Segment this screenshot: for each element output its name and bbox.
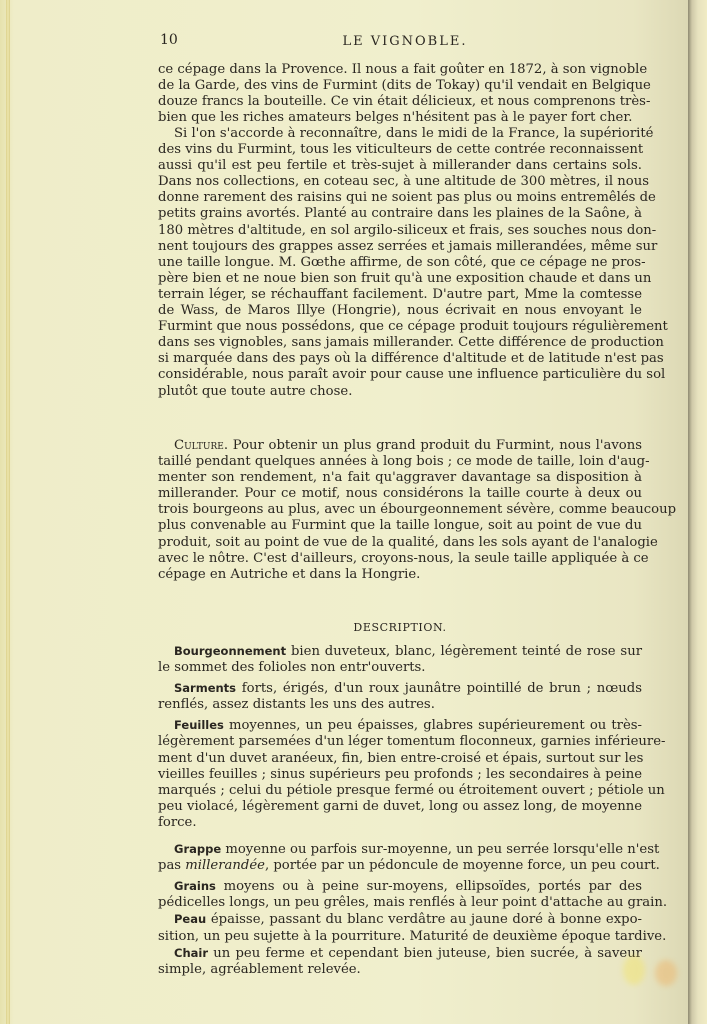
text-fragment: Pour obtenir un plus grand produit du Fu… xyxy=(233,438,642,453)
text-line: menter son rendement, n'a fait qu'aggrav… xyxy=(158,470,642,486)
entry-term: Grappe xyxy=(174,842,221,856)
text-line: renflés, assez distants les uns des autr… xyxy=(158,697,642,713)
description-entry: Grains moyens ou à peine sur-moyens, ell… xyxy=(158,878,642,911)
description-entry: Sarments forts, érigés, d'un roux jaunât… xyxy=(158,680,642,713)
culture-paragraph: Culture. Pour obtenir un plus grand prod… xyxy=(158,438,642,583)
text-line: légèrement parsemées d'un léger tomentum… xyxy=(158,734,642,750)
text-line: Bourgeonnement bien duveteux, blanc, lég… xyxy=(158,643,642,660)
text-line: une taille longue. M. Gœthe affirme, de … xyxy=(158,255,642,271)
text-line: de Wass, de Maros Illye (Hongrie), nous … xyxy=(158,303,642,319)
text-fragment: pas xyxy=(158,858,185,873)
text-line: père bien et ne noue bien son fruit qu'à… xyxy=(158,271,642,287)
text-line: nent toujours des grappes assez serrées … xyxy=(158,239,642,255)
section-heading: DESCRIPTION. xyxy=(158,621,642,634)
text-line: peu violacé, légèrement garni de duvet, … xyxy=(158,799,642,815)
entry-term: Sarments xyxy=(174,681,236,695)
text-line: Furmint que nous possédons, que ce cépag… xyxy=(158,319,642,335)
text-line: de la Garde, des vins de Furmint (dits d… xyxy=(158,78,642,94)
text-line: Sarments forts, érigés, d'un roux jaunât… xyxy=(158,680,642,697)
page-header: 10 LE VIGNOBLE. xyxy=(160,32,650,54)
entry-term: Peau xyxy=(174,912,206,926)
entry-term: Grains xyxy=(174,879,216,893)
description-section: Bourgeonnement bien duveteux, blanc, lég… xyxy=(158,643,642,978)
text-line: si marquée dans des pays où la différenc… xyxy=(158,351,642,367)
text-line: simple, agréablement relevée. xyxy=(158,962,642,978)
text-line: ment d'un duvet aranéeux, fin, bien entr… xyxy=(158,751,642,767)
page-stain xyxy=(655,960,677,986)
text-line: Culture. Pour obtenir un plus grand prod… xyxy=(158,438,642,454)
text-line: terrain léger, se réchauffant facilement… xyxy=(158,287,642,303)
entry-term: Bourgeonnement xyxy=(174,644,286,658)
text-line: bien que les riches amateurs belges n'hé… xyxy=(158,110,642,126)
text-line: dans ses vignobles, sans jamais milleran… xyxy=(158,335,642,351)
text-fragment: , portée par un pédoncule de moyenne for… xyxy=(265,858,660,873)
text-line: plus convenable au Furmint que la taille… xyxy=(158,518,642,534)
text-line: Peau épaisse, passant du blanc verdâtre … xyxy=(158,911,642,928)
text-line: produit, soit au point de vue de la qual… xyxy=(158,535,642,551)
text-line: petits grains avortés. Planté au contrai… xyxy=(158,206,642,222)
text-line: millerander. Pour ce motif, nous considé… xyxy=(158,486,642,502)
text-line: marqués ; celui du pétiole presque fermé… xyxy=(158,783,642,799)
text-line: force. xyxy=(158,815,642,831)
text-line: Si l'on s'accorde à reconnaître, dans le… xyxy=(158,126,642,142)
italic-term: millerandée xyxy=(185,858,265,873)
entry-term: Chair xyxy=(174,946,208,960)
text-line: Feuilles moyennes, un peu épaisses, glab… xyxy=(158,717,642,734)
text-line: Grains moyens ou à peine sur-moyens, ell… xyxy=(158,878,642,895)
description-entry: Grappe moyenne ou parfois sur-moyenne, u… xyxy=(158,841,642,874)
culture-label: Culture. xyxy=(174,438,228,453)
soil-paragraph: Si l'on s'accorde à reconnaître, dans le… xyxy=(158,126,642,400)
text-fragment: forts, érigés, d'un roux jaunâtre pointi… xyxy=(242,681,642,696)
text-line: sition, un peu sujette à la pourriture. … xyxy=(158,929,642,945)
text-fragment: moyennes, un peu épaisses, glabres supér… xyxy=(229,718,642,733)
text-line: douze francs la bouteille. Ce vin était … xyxy=(158,94,642,110)
text-line: avec le nôtre. C'est d'ailleurs, croyons… xyxy=(158,551,642,567)
text-line: Dans nos collections, en coteau sec, à u… xyxy=(158,174,642,190)
page-stain xyxy=(623,955,645,985)
text-fragment: moyenne ou parfois sur-moyenne, un peu s… xyxy=(225,842,659,857)
text-line: Grappe moyenne ou parfois sur-moyenne, u… xyxy=(158,841,642,858)
text-line: vieilles feuilles ; sinus supérieurs peu… xyxy=(158,767,642,783)
text-line: 180 mètres d'altitude, en sol argilo-sil… xyxy=(158,223,642,239)
book-page: 10 LE VIGNOBLE. ce cépage dans la Proven… xyxy=(0,0,688,1024)
text-line: des vins du Furmint, tous les viticulteu… xyxy=(158,142,642,158)
page-gutter-line xyxy=(6,0,10,1024)
description-entry: Chair un peu ferme et cependant bien jut… xyxy=(158,945,642,978)
text-line: pédicelles longs, un peu grêles, mais re… xyxy=(158,895,642,911)
text-line: cépage en Autriche et dans la Hongrie. xyxy=(158,567,642,583)
text-fragment: épaisse, passant du blanc verdâtre au ja… xyxy=(211,912,642,927)
text-fragment: un peu ferme et cependant bien juteuse, … xyxy=(213,946,642,961)
text-line: plutôt que toute autre chose. xyxy=(158,384,642,400)
text-line: le sommet des folioles non entr'ouverts. xyxy=(158,660,642,676)
text-fragment: bien duveteux, blanc, légèrement teinté … xyxy=(291,644,642,659)
description-entry: Bourgeonnement bien duveteux, blanc, lég… xyxy=(158,643,642,676)
text-line: trois bourgeons au plus, avec un ébourge… xyxy=(158,502,642,518)
page-edge xyxy=(688,0,707,1024)
text-line: donne rarement des raisins qui ne soient… xyxy=(158,190,642,206)
intro-paragraph: ce cépage dans la Provence. Il nous a fa… xyxy=(158,62,642,126)
text-line: taillé pendant quelques années à long bo… xyxy=(158,454,642,470)
entry-term: Feuilles xyxy=(174,718,224,732)
description-entry: Peau épaisse, passant du blanc verdâtre … xyxy=(158,911,642,944)
running-title: LE VIGNOBLE. xyxy=(160,34,650,49)
text-line: considérable, nous paraît avoir pour cau… xyxy=(158,367,642,383)
text-line: aussi qu'il est peu fertile et très-suje… xyxy=(158,158,642,174)
text-line: ce cépage dans la Provence. Il nous a fa… xyxy=(158,62,642,78)
text-line: Chair un peu ferme et cependant bien jut… xyxy=(158,945,642,962)
text-fragment: moyens ou à peine sur-moyens, ellipsoïde… xyxy=(224,879,642,894)
description-entry: Feuilles moyennes, un peu épaisses, glab… xyxy=(158,717,642,831)
text-line: pas millerandée, portée par un pédoncule… xyxy=(158,858,642,874)
